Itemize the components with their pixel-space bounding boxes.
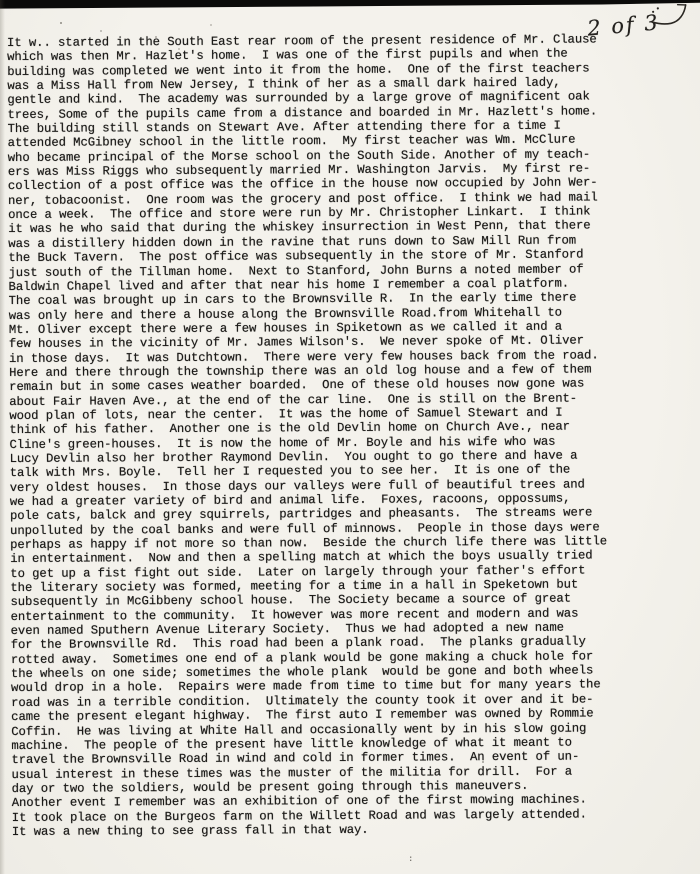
scanned-page: 2 of 3 It w.. started in the South East … bbox=[0, 0, 700, 874]
scan-left-edge-shadow bbox=[0, 0, 5, 874]
typewritten-text-block: It w.. started in the South East rear ro… bbox=[7, 32, 672, 839]
bottom-scan-speck: : bbox=[408, 854, 413, 864]
handwritten-squiggle-icon bbox=[648, 2, 692, 36]
scan-edge-artifact bbox=[0, 0, 700, 9]
scan-noise-specks bbox=[60, 22, 62, 24]
typewritten-text: It w.. started in the South East rear ro… bbox=[7, 32, 672, 839]
